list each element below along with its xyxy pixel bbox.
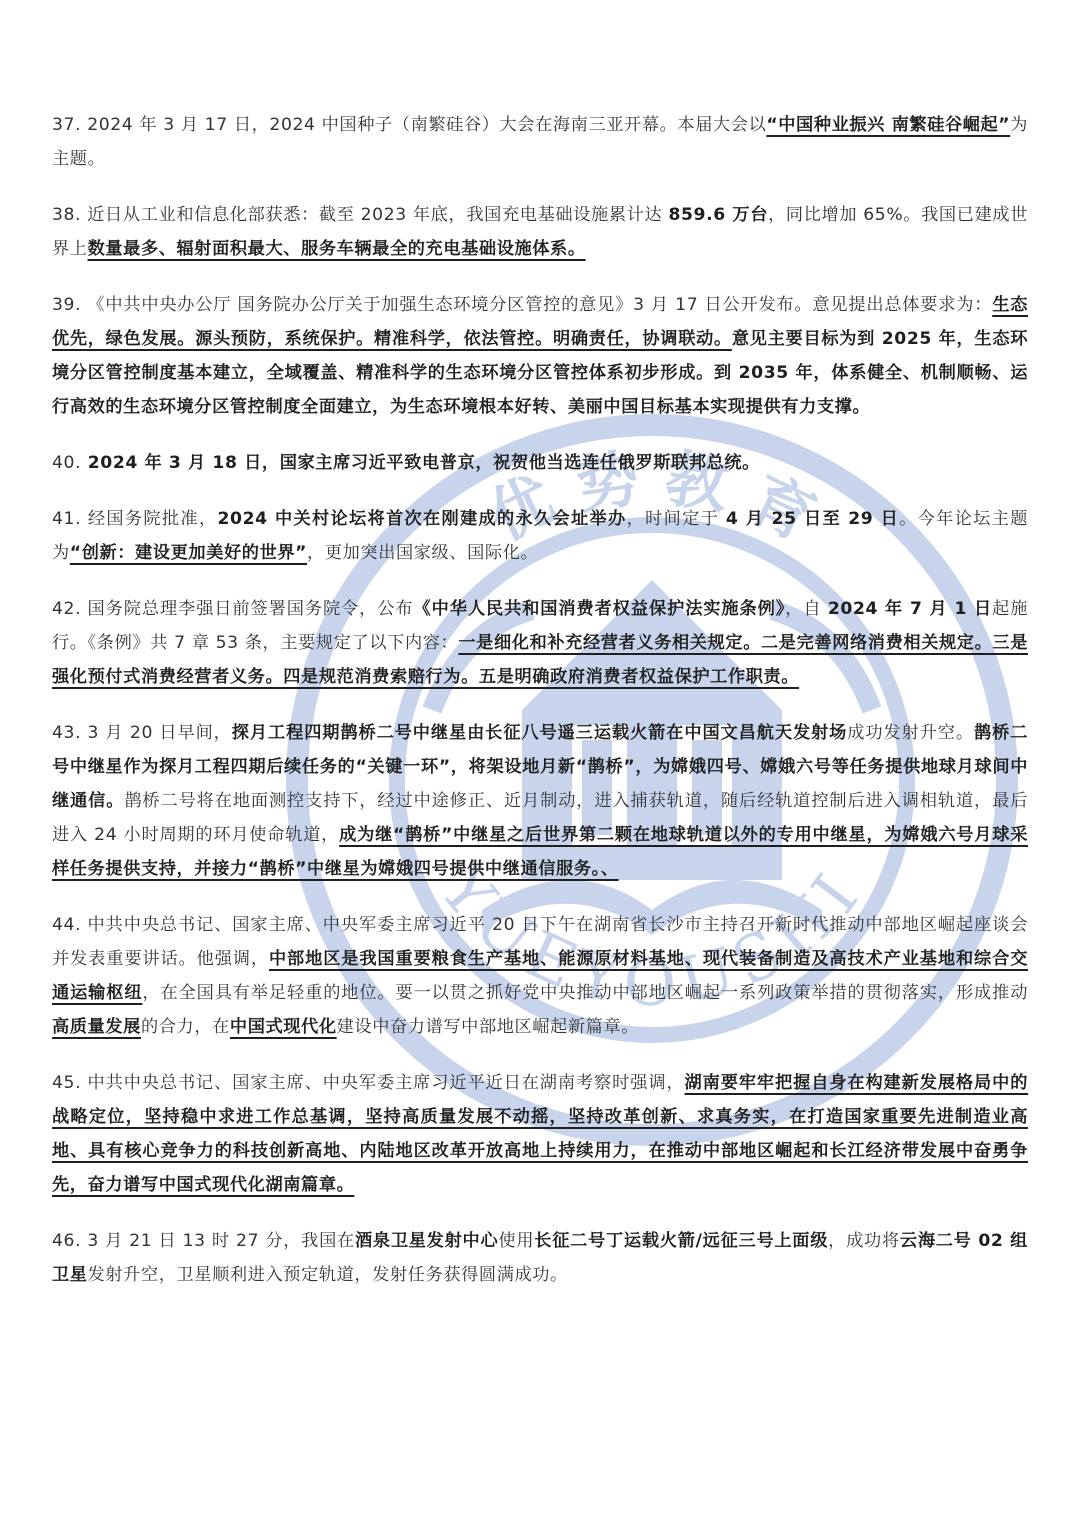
body-text: 《中共中央办公厅 国务院办公厅关于加强生态环境分区管控的意见》3 月 17 日公… xyxy=(81,295,992,315)
body-text: ，时间定于 xyxy=(627,509,726,529)
item-number: 44. xyxy=(52,915,81,935)
news-item-45: 45. 中共中央总书记、国家主席、中央军委主席习近平近日在湖南考察时强调，湖南要… xyxy=(52,1066,1028,1202)
bold-text: 2035 xyxy=(739,363,789,383)
body-text: ，更加突出国家级、国际化。 xyxy=(307,543,538,563)
item-number: 41. xyxy=(52,509,81,529)
bold-text: 2024 中关村论坛将首次在刚建成的永久会址举办 xyxy=(217,509,626,529)
body-text: 国务院总理李强日前签署国务院令，公布 xyxy=(81,599,413,619)
news-item-42: 42. 国务院总理李强日前签署国务院令，公布《中华人民共和国消费者权益保护法实施… xyxy=(52,592,1028,694)
bold-text: 探月工程四期鹊桥二号中继星由长征八号遥三运载火箭在中国文昌航天发射场 xyxy=(232,723,847,743)
bold-text: 《中华人民共和国消费者权益保护法实施条例》 xyxy=(414,599,786,619)
body-text: 成功发射升空。 xyxy=(847,723,974,743)
bold-text: 859.6 万台 xyxy=(668,205,768,225)
bold-text: 意见主要目标为到 xyxy=(732,329,882,349)
body-text: 3 月 20 日早间， xyxy=(81,723,232,743)
news-item-44: 44. 中共中央总书记、国家主席、中央军委主席习近平 20 日下午在湖南省长沙市… xyxy=(52,908,1028,1044)
item-number: 40. xyxy=(52,453,81,473)
bold-text: 2024 年 7 月 1 日 xyxy=(828,599,992,619)
body-text: 建设中奋力谱写中部地区崛起新篇章。 xyxy=(337,1017,639,1037)
highlighted-text: 中国式现代化 xyxy=(230,1017,337,1037)
item-number: 42. xyxy=(52,599,81,619)
document-page: 37. 2024 年 3 月 17 日，2024 中国种子（南繁硅谷）大会在海南… xyxy=(52,108,1028,1314)
highlighted-text: 高质量发展 xyxy=(52,1017,141,1037)
body-text: 中共中央总书记、国家主席、中央军委主席习近平近日在湖南考察时强调， xyxy=(81,1073,684,1093)
body-text: 的合力，在 xyxy=(141,1017,230,1037)
body-text: 经国务院批准， xyxy=(81,509,217,529)
body-text: ，成功将 xyxy=(828,1231,900,1251)
body-text: 2024 年 3 月 17 日，2024 中国种子（南繁硅谷）大会在海南三亚开幕… xyxy=(81,115,766,135)
news-item-43: 43. 3 月 20 日早间，探月工程四期鹊桥二号中继星由长征八号遥三运载火箭在… xyxy=(52,716,1028,886)
body-text: 近日从工业和信息化部获悉：截至 2023 年底，我国充电基础设施累计达 xyxy=(81,205,668,225)
news-item-39: 39. 《中共中央办公厅 国务院办公厅关于加强生态环境分区管控的意见》3 月 1… xyxy=(52,288,1028,424)
highlighted-text: “创新：建设更加美好的世界” xyxy=(70,543,307,563)
bold-text: 2024 年 3 月 18 日，国家主席习近平致电普京，祝贺他当选连任俄罗斯联邦… xyxy=(81,453,760,473)
body-text: ，在全国具有举足轻重的地位。要一以贯之抓好党中央推动中部地区崛起一系列政策举措的… xyxy=(142,983,1028,1003)
news-item-40: 40. 2024 年 3 月 18 日，国家主席习近平致电普京，祝贺他当选连任俄… xyxy=(52,446,1028,480)
body-text: 发射升空，卫星顺利进入预定轨道，发射任务获得圆满成功。 xyxy=(88,1265,568,1285)
item-number: 45. xyxy=(52,1073,81,1093)
item-number: 43. xyxy=(52,723,81,743)
item-number: 38. xyxy=(52,205,81,225)
item-number: 37. xyxy=(52,115,81,135)
item-number: 39. xyxy=(52,295,81,315)
highlighted-text: “中国种业振兴 南繁硅谷崛起” xyxy=(766,115,1010,135)
highlighted-text: 数量最多、辐射面积最大、服务车辆最全的充电基础设施体系。 xyxy=(88,239,586,259)
body-text: ，自 xyxy=(785,599,828,619)
news-item-46: 46. 3 月 21 日 13 时 27 分，我国在酒泉卫星发射中心使用长征二号… xyxy=(52,1224,1028,1292)
news-item-38: 38. 近日从工业和信息化部获悉：截至 2023 年底，我国充电基础设施累计达 … xyxy=(52,198,1028,266)
bold-text: 2025 xyxy=(882,329,932,349)
news-item-37: 37. 2024 年 3 月 17 日，2024 中国种子（南繁硅谷）大会在海南… xyxy=(52,108,1028,176)
item-number: 46. xyxy=(52,1231,81,1251)
bold-text: 长征二号丁运载火箭/远征三号上面级 xyxy=(534,1231,828,1251)
news-item-41: 41. 经国务院批准，2024 中关村论坛将首次在刚建成的永久会址举办，时间定于… xyxy=(52,502,1028,570)
body-text: 3 月 21 日 13 时 27 分，我国在 xyxy=(81,1231,355,1251)
body-text: 使用 xyxy=(498,1231,534,1251)
bold-text: 4 月 25 日至 29 日 xyxy=(726,509,899,529)
bold-text: 酒泉卫星发射中心 xyxy=(355,1231,498,1251)
